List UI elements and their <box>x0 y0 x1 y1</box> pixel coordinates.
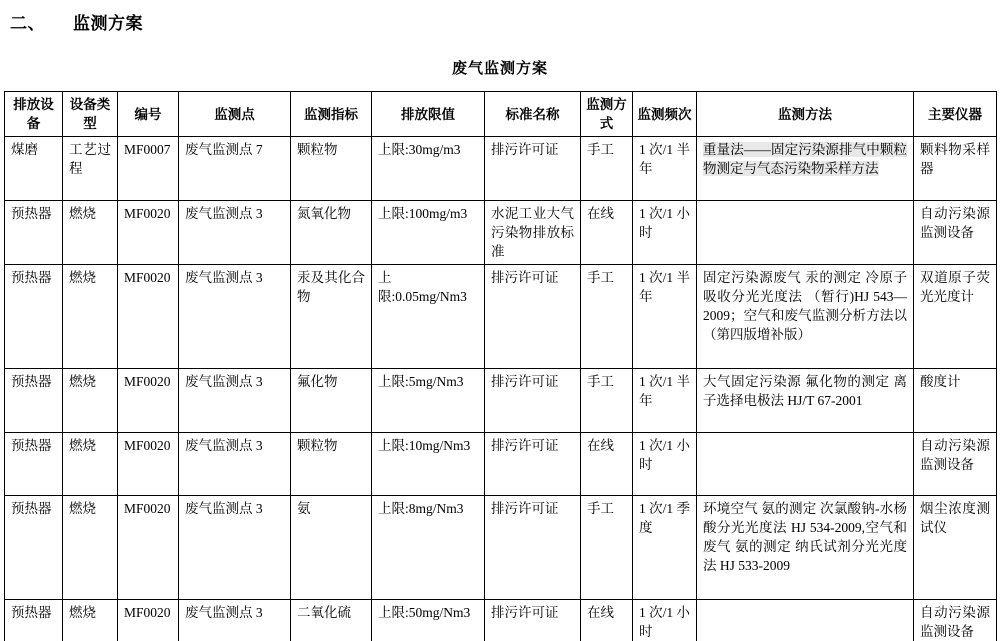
table-cell: 在线 <box>581 600 633 641</box>
table-cell: 燃烧 <box>63 433 118 496</box>
table-cell: 1 次/1 半年 <box>633 137 697 201</box>
table-cell: 燃烧 <box>63 201 118 265</box>
table-cell: 上限:0.05mg/Nm3 <box>372 265 485 369</box>
table-cell: 废气监测点 3 <box>179 600 291 641</box>
table-header-row: 排放设备设备类型编号监测点监测指标排放限值标准名称监测方式监测频次监测方法主要仪… <box>5 92 997 137</box>
table-row: 预热器燃烧MF0020废气监测点 3氨上限:8mg/Nm3排污许可证手工1 次/… <box>5 496 997 600</box>
table-cell: 预热器 <box>5 265 63 369</box>
table-cell: 1 次/1 小时 <box>633 201 697 265</box>
table-body: 煤磨工艺过程MF0007废气监测点 7颗粒物上限:30mg/m3排污许可证手工1… <box>5 137 997 641</box>
table-cell: 燃烧 <box>63 369 118 433</box>
table-cell: 预热器 <box>5 496 63 600</box>
table-cell: 汞及其化合物 <box>291 265 372 369</box>
table-cell: 预热器 <box>5 369 63 433</box>
table-cell: 1 次/1 小时 <box>633 600 697 641</box>
table-cell <box>697 600 914 641</box>
table-cell: 烟尘浓度测试仪 <box>914 496 997 600</box>
table-cell: 1 次/1 季度 <box>633 496 697 600</box>
table-row: 煤磨工艺过程MF0007废气监测点 7颗粒物上限:30mg/m3排污许可证手工1… <box>5 137 997 201</box>
table-cell: 颗粒物 <box>291 433 372 496</box>
table-cell: MF0020 <box>118 201 179 265</box>
table-cell: 酸度计 <box>914 369 997 433</box>
table-cell: 手工 <box>581 369 633 433</box>
table-cell: 自动污染源监测设备 <box>914 201 997 265</box>
table-cell: 废气监测点 7 <box>179 137 291 201</box>
table-cell: 废气监测点 3 <box>179 496 291 600</box>
table-cell: 大气固定污染源 氟化物的测定 离子选择电极法 HJ/T 67-2001 <box>697 369 914 433</box>
header-cell: 监测频次 <box>633 92 697 137</box>
header-cell: 排放设备 <box>5 92 63 137</box>
table-cell: 废气监测点 3 <box>179 201 291 265</box>
table-cell: 煤磨 <box>5 137 63 201</box>
table-cell: 工艺过程 <box>63 137 118 201</box>
table-cell: 1 次/1 半年 <box>633 369 697 433</box>
header-cell: 标准名称 <box>485 92 581 137</box>
table-cell: MF0020 <box>118 369 179 433</box>
header-cell: 监测指标 <box>291 92 372 137</box>
table-cell: 废气监测点 3 <box>179 369 291 433</box>
table-cell: 固定污染源废气 汞的测定 冷原子吸收分光光度法 （暂行)HJ 543—2009；… <box>697 265 914 369</box>
header-cell: 监测方式 <box>581 92 633 137</box>
table-cell: 手工 <box>581 496 633 600</box>
table-cell: MF0020 <box>118 496 179 600</box>
header-cell: 监测点 <box>179 92 291 137</box>
header-cell: 设备类型 <box>63 92 118 137</box>
table-cell: MF0020 <box>118 433 179 496</box>
table-cell: 颗料物采样器 <box>914 137 997 201</box>
table-cell: 重量法——固定污染源排气中颗粒物测定与气态污染物采样方法 <box>697 137 914 201</box>
table-cell: 燃烧 <box>63 600 118 641</box>
table-cell: MF0007 <box>118 137 179 201</box>
table-cell: 上限:10mg/Nm3 <box>372 433 485 496</box>
table-cell: 预热器 <box>5 600 63 641</box>
table-cell: 预热器 <box>5 433 63 496</box>
table-cell: 手工 <box>581 137 633 201</box>
table-cell: 双道原子荧光光度计 <box>914 265 997 369</box>
table-cell: 废气监测点 3 <box>179 433 291 496</box>
table-cell: 颗粒物 <box>291 137 372 201</box>
table-cell: 排污许可证 <box>485 496 581 600</box>
table-cell: 上限:100mg/m3 <box>372 201 485 265</box>
header-cell: 主要仪器 <box>914 92 997 137</box>
header-cell: 排放限值 <box>372 92 485 137</box>
table-cell: 排污许可证 <box>485 433 581 496</box>
table-cell: 1 次/1 小时 <box>633 433 697 496</box>
table-cell: 自动污染源监测设备 <box>914 600 997 641</box>
table-cell: 上限:8mg/Nm3 <box>372 496 485 600</box>
table-cell: 手工 <box>581 265 633 369</box>
table-cell <box>697 433 914 496</box>
table-row: 预热器燃烧MF0020废气监测点 3二氧化硫上限:50mg/Nm3排污许可证在线… <box>5 600 997 641</box>
table-cell: 自动污染源监测设备 <box>914 433 997 496</box>
table-cell: 上限:5mg/Nm3 <box>372 369 485 433</box>
table-title: 废气监测方案 <box>0 57 1000 78</box>
table-cell: 燃烧 <box>63 265 118 369</box>
table-row: 预热器燃烧MF0020废气监测点 3氮氧化物上限:100mg/m3水泥工业大气污… <box>5 201 997 265</box>
table-cell: 1 次/1 半年 <box>633 265 697 369</box>
table-cell: 在线 <box>581 201 633 265</box>
table-cell: 环境空气 氨的测定 次氯酸钠-水杨酸分光光度法 HJ 534-2009,空气和废… <box>697 496 914 600</box>
table-cell: 排污许可证 <box>485 265 581 369</box>
table-cell: 在线 <box>581 433 633 496</box>
table-cell: 水泥工业大气污染物排放标准 <box>485 201 581 265</box>
table-cell: 二氧化硫 <box>291 600 372 641</box>
table-cell: 预热器 <box>5 201 63 265</box>
table-cell: 排污许可证 <box>485 369 581 433</box>
table-cell: 氟化物 <box>291 369 372 433</box>
table-cell: 废气监测点 3 <box>179 265 291 369</box>
table-cell: 氨 <box>291 496 372 600</box>
table-cell: 排污许可证 <box>485 137 581 201</box>
table-cell: 氮氧化物 <box>291 201 372 265</box>
monitoring-plan-table: 排放设备设备类型编号监测点监测指标排放限值标准名称监测方式监测频次监测方法主要仪… <box>4 91 997 641</box>
table-cell: MF0020 <box>118 600 179 641</box>
section-title: 监测方案 <box>73 14 143 33</box>
table-cell: 排污许可证 <box>485 600 581 641</box>
section-number: 二、 <box>10 14 45 33</box>
table-cell: 上限:30mg/m3 <box>372 137 485 201</box>
table-row: 预热器燃烧MF0020废气监测点 3汞及其化合物上限:0.05mg/Nm3排污许… <box>5 265 997 369</box>
header-cell: 监测方法 <box>697 92 914 137</box>
section-heading: 二、监测方案 <box>0 0 1000 34</box>
table-cell: 燃烧 <box>63 496 118 600</box>
table-cell: 上限:50mg/Nm3 <box>372 600 485 641</box>
table-row: 预热器燃烧MF0020废气监测点 3颗粒物上限:10mg/Nm3排污许可证在线1… <box>5 433 997 496</box>
table-cell <box>697 201 914 265</box>
table-row: 预热器燃烧MF0020废气监测点 3氟化物上限:5mg/Nm3排污许可证手工1 … <box>5 369 997 433</box>
highlighted-method-text: 重量法——固定污染源排气中颗粒物测定与气态污染物采样方法 <box>703 142 907 176</box>
table-cell: MF0020 <box>118 265 179 369</box>
header-cell: 编号 <box>118 92 179 137</box>
